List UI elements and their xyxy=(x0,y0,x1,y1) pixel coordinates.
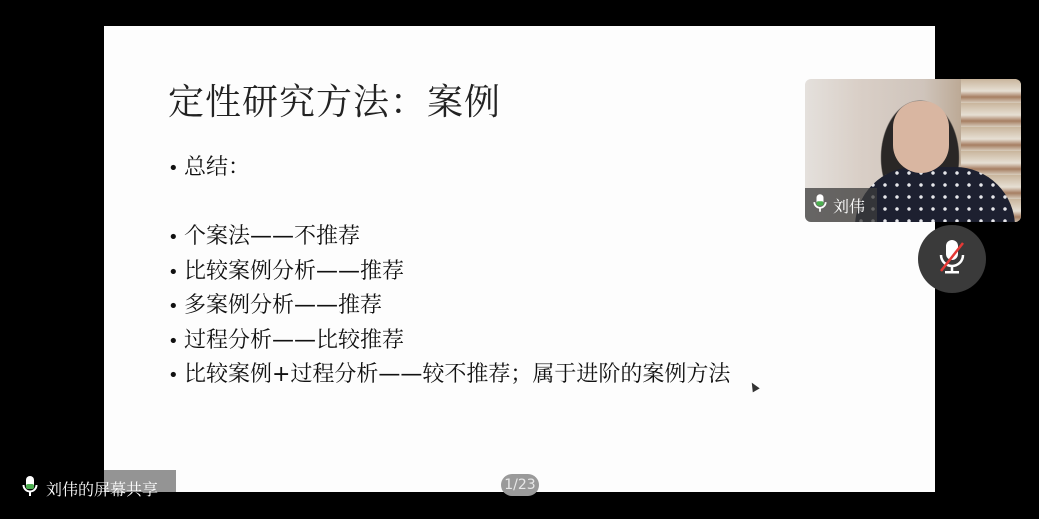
bullet-icon: • xyxy=(168,221,184,255)
bullet-item: •多案例分析——推荐 xyxy=(168,289,730,324)
participant-name-badge: 刘伟 xyxy=(805,188,877,222)
participant-name: 刘伟 xyxy=(833,194,865,217)
bullet-item: •个案法——不推荐 xyxy=(168,220,730,255)
participant-video-tile[interactable]: 刘伟 xyxy=(805,79,1021,222)
bullet-text: 比较案例分析——推荐 xyxy=(184,259,404,284)
summary-label: 总结： xyxy=(184,155,250,180)
mouse-cursor-icon xyxy=(748,381,759,393)
bullet-text: 多案例分析——推荐 xyxy=(184,293,382,318)
microphone-icon xyxy=(22,475,38,501)
bullet-text: 个案法——不推荐 xyxy=(184,224,360,249)
mute-toggle-button[interactable] xyxy=(918,225,986,293)
bullet-icon: • xyxy=(168,359,184,393)
bullet-item: •比较案例+过程分析——较不推荐；属于进阶的案例方法 xyxy=(168,358,730,393)
video-person-face xyxy=(893,101,949,173)
slide-title: 定性研究方法：案例 xyxy=(168,74,501,125)
screen-share-text: 刘伟的屏幕共享 xyxy=(46,477,158,500)
microphone-muted-icon xyxy=(937,237,967,281)
screen-share-label: 刘伟的屏幕共享 xyxy=(22,476,158,500)
bullet-icon: • xyxy=(168,290,184,324)
bullet-icon: • xyxy=(168,256,184,290)
bullet-item: •比较案例分析——推荐 xyxy=(168,255,730,290)
bullet-icon: • xyxy=(168,325,184,359)
bullet-text: 比较案例+过程分析——较不推荐；属于进阶的案例方法 xyxy=(184,362,730,387)
bullet-text: 过程分析——比较推荐 xyxy=(184,328,404,353)
page-indicator: 1/23 xyxy=(501,474,539,496)
bullet-item: •过程分析——比较推荐 xyxy=(168,324,730,359)
bullet-list: •个案法——不推荐 •比较案例分析——推荐 •多案例分析——推荐 •过程分析——… xyxy=(168,220,730,393)
microphone-icon xyxy=(813,193,827,217)
summary-heading: •总结： xyxy=(168,150,250,181)
bullet-icon: • xyxy=(168,158,184,179)
